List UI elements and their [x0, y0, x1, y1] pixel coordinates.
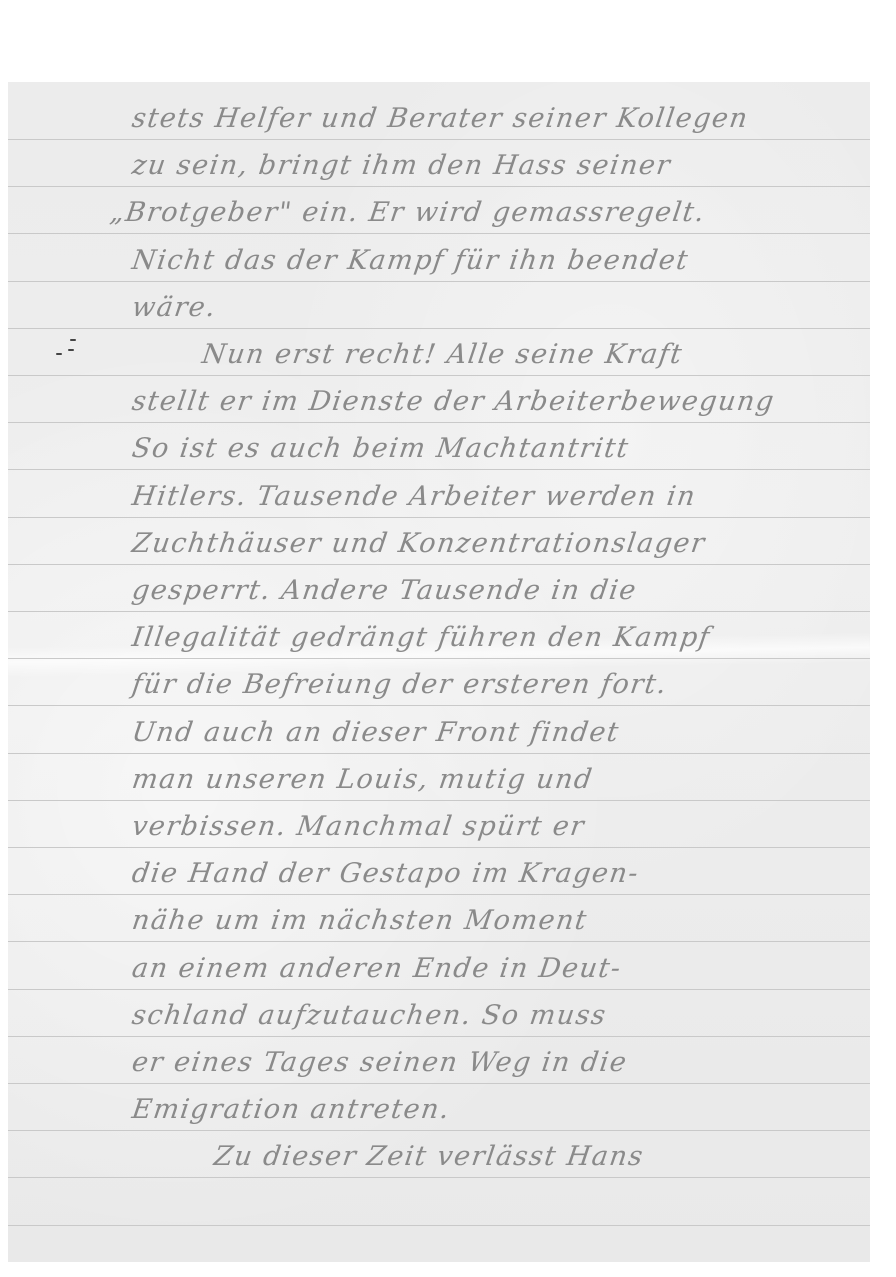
ruled-line: [8, 1083, 870, 1084]
ruled-line: [8, 847, 870, 848]
ruled-line: [8, 1225, 870, 1226]
margin-annotation-mark: [56, 335, 82, 361]
text-line: verbissen. Manchmal spürt er: [130, 811, 587, 842]
ruled-line: [8, 989, 870, 990]
ruled-line: [8, 753, 870, 754]
ruled-line: [8, 422, 870, 423]
text-line: nähe um im nächsten Moment: [130, 905, 590, 936]
text-line: er eines Tages seinen Weg in die: [130, 1047, 630, 1078]
text-line: für die Befreiung der ersteren fort.: [130, 669, 669, 700]
ruled-line: [8, 233, 870, 234]
text-line: stellt er im Dienste der Arbeiterbewegun…: [130, 386, 777, 417]
ruled-line: [8, 281, 870, 282]
text-line: Illegalität gedrängt führen den Kampf: [130, 622, 712, 653]
text-line: Und auch an dieser Front findet: [130, 717, 622, 748]
text-line: Zu dieser Zeit verlässt Hans: [212, 1141, 646, 1172]
ruled-line: [8, 1130, 870, 1131]
ruled-line: [8, 1177, 870, 1178]
ruled-line: [8, 1036, 870, 1037]
text-line: Emigration antreten.: [130, 1094, 452, 1125]
text-line: wäre.: [130, 292, 219, 323]
text-line: So ist es auch beim Machtantritt: [130, 433, 631, 464]
ruled-line: [8, 375, 870, 376]
ruled-line: [8, 564, 870, 565]
text-line: man unseren Louis, mutig und: [130, 764, 595, 795]
ruled-line: [8, 658, 870, 659]
text-line: Nun erst recht! Alle seine Kraft: [200, 339, 685, 370]
ruled-line: [8, 328, 870, 329]
ruled-line: [8, 611, 870, 612]
text-line: Hitlers. Tausende Arbeiter werden in: [130, 481, 698, 512]
ruled-line: [8, 517, 870, 518]
text-line: Zuchthäuser und Konzentrationslager: [130, 528, 708, 559]
ruled-line: [8, 139, 870, 140]
ruled-line: [8, 469, 870, 470]
text-line: an einem anderen Ende in Deut-: [130, 953, 624, 984]
text-line: gesperrt. Andere Tausende in die: [130, 575, 639, 606]
text-line: stets Helfer und Berater seiner Kollegen: [130, 103, 751, 134]
ruled-line: [8, 941, 870, 942]
ruled-line: [8, 800, 870, 801]
text-line: Nicht das der Kampf für ihn beendet: [130, 245, 691, 276]
text-line: zu sein, bringt ihm den Hass seiner: [130, 150, 673, 181]
text-line: die Hand der Gestapo im Kragen-: [130, 858, 641, 889]
ruled-line: [8, 186, 870, 187]
text-line: schland aufzutauchen. So muss: [130, 1000, 609, 1031]
ruled-line: [8, 894, 870, 895]
text-line: „Brotgeber" ein. Er wird gemassregelt.: [108, 197, 707, 228]
ruled-line: [8, 705, 870, 706]
